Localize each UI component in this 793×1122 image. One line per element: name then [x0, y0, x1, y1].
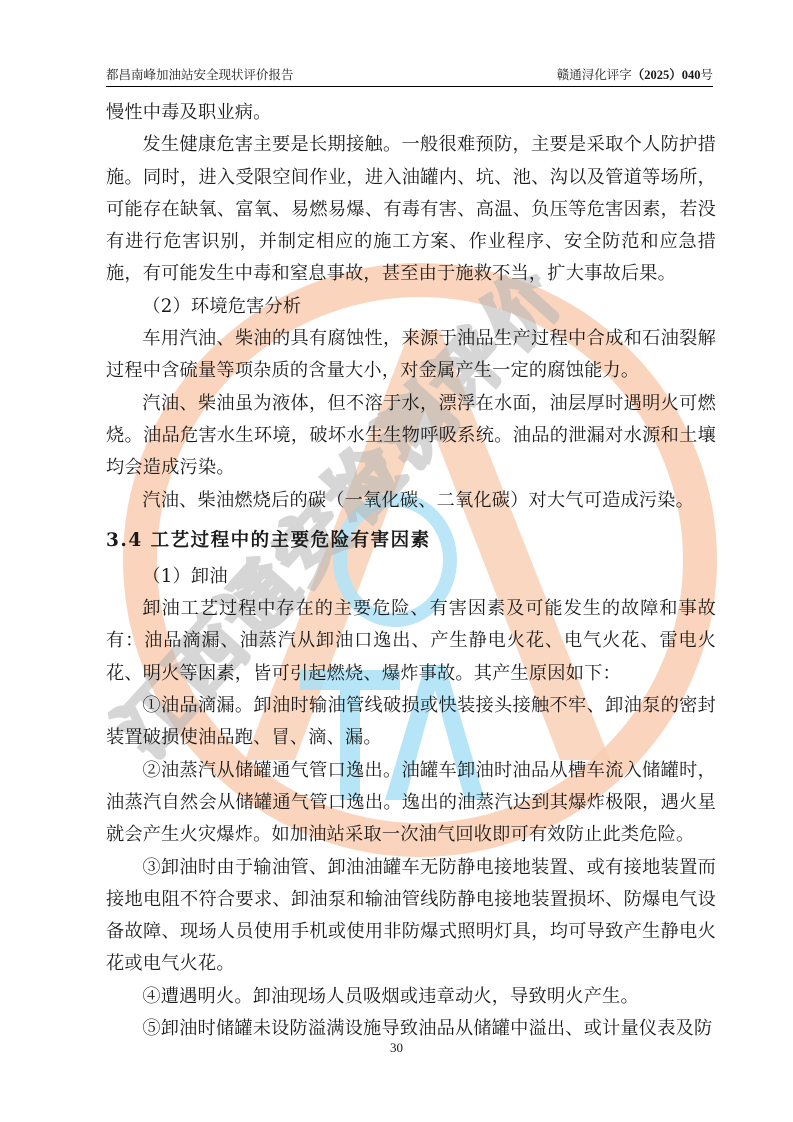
- report-number-value: 040: [682, 68, 701, 82]
- list-item: ①油品滴漏。卸油时输油管线破损或快装接头接触不牢、卸油泵的密封装置破损使油品跑、…: [106, 690, 716, 755]
- paragraph: 卸油工艺过程中存在的主要危险、有害因素及可能发生的故障和事故有：油品滴漏、油蒸汽…: [106, 593, 716, 690]
- document-page: 江西通安检测评价 都昌南峰加油站安全现状评价报告 赣通浔化评字（2025）040…: [0, 0, 793, 1122]
- paragraph: 汽油、柴油燃烧后的碳（一氧化碳、二氧化碳）对大气可造成污染。: [106, 485, 716, 517]
- report-number-prefix: 赣通浔化评字: [557, 67, 632, 82]
- subheading-unloading: （1）卸油: [106, 561, 716, 593]
- list-item: ④遭遇明火。卸油现场人员吸烟或违章动火，导致明火产生。: [106, 981, 716, 1013]
- page-number: 30: [0, 1040, 793, 1056]
- report-number-year: （2025）: [632, 68, 682, 82]
- paragraph: 车用汽油、柴油的具有腐蚀性，来源于油品生产过程中合成和石油裂解过程中含硫量等项杂…: [106, 323, 716, 388]
- paragraph: 汽油、柴油虽为液体，但不溶于水，漂浮在水面，油层厚时遇明火可燃烧。油品危害水生环…: [106, 388, 716, 485]
- subheading-environment-hazard: （2）环境危害分析: [106, 291, 716, 323]
- report-number-suffix: 号: [700, 67, 713, 82]
- report-title: 都昌南峰加油站安全现状评价报告: [106, 65, 294, 83]
- paragraph: 慢性中毒及职业病。: [106, 97, 716, 129]
- report-number: 赣通浔化评字（2025）040号: [557, 65, 713, 83]
- page-body: 慢性中毒及职业病。 发生健康危害主要是长期接触。一般很难预防，主要是采取个人防护…: [106, 97, 716, 1045]
- running-header: 都昌南峰加油站安全现状评价报告 赣通浔化评字（2025）040号: [106, 66, 713, 87]
- section-heading: 3.4 工艺过程中的主要危险有害因素: [106, 517, 716, 561]
- paragraph: 发生健康危害主要是长期接触。一般很难预防，主要是采取个人防护措施。同时，进入受限…: [106, 129, 716, 290]
- list-item: ②油蒸汽从储罐通气管口逸出。油罐车卸油时油品从槽车流入储罐时，油蒸汽自然会从储罐…: [106, 755, 716, 852]
- list-item: ③卸油时由于输油管、卸油油罐车无防静电接地装置、或有接地装置而接地电阻不符合要求…: [106, 852, 716, 981]
